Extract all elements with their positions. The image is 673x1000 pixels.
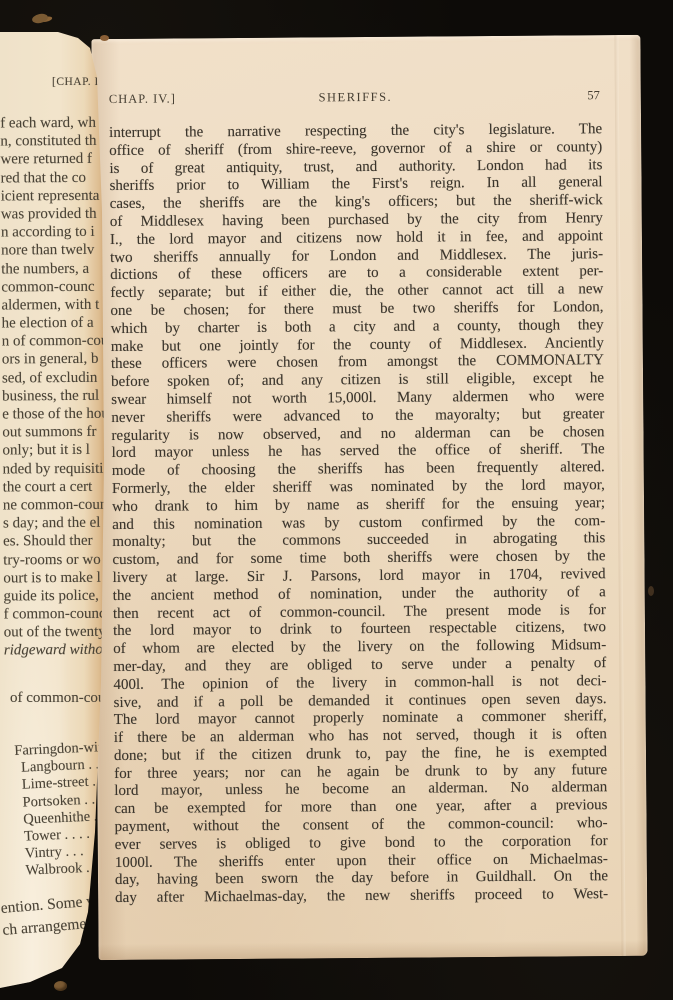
page-header: CHAP. IV.] SHERIFFS. 57 bbox=[109, 88, 602, 108]
left-page-fore-edge: [CHAP. IV f each ward, whn, constituted … bbox=[0, 32, 108, 988]
running-title: SHERIFFS. bbox=[318, 90, 392, 106]
left-single-line: of common-coun bbox=[10, 690, 113, 707]
paper-speck bbox=[648, 586, 654, 596]
paper-speck bbox=[31, 12, 49, 24]
chapter-header: CHAP. IV.] bbox=[109, 92, 176, 108]
book-photograph: CHAP. IV.] SHERIFFS. 57 interrupt the na… bbox=[0, 0, 673, 1000]
paper-speck bbox=[54, 981, 67, 991]
text-line: day after Michaelmas-day, the new sherif… bbox=[115, 886, 608, 908]
body-text: interrupt the narrative respecting the c… bbox=[109, 121, 608, 908]
page-number: 57 bbox=[587, 88, 600, 103]
paper-speck bbox=[100, 35, 109, 41]
left-bottom-lines: ention. Some wrch arrangement w bbox=[0, 889, 114, 942]
page-crease bbox=[614, 35, 625, 956]
right-page: CHAP. IV.] SHERIFFS. 57 interrupt the na… bbox=[91, 35, 647, 960]
